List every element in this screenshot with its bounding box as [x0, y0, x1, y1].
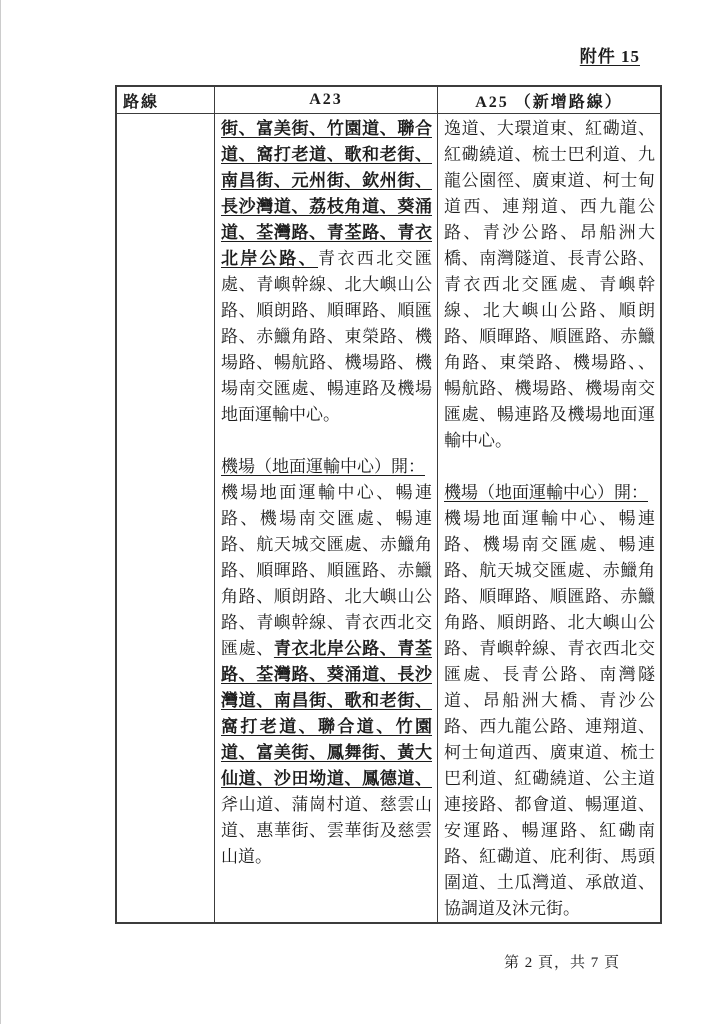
text-run: 機場地面運輸中心、暢連路、機場南交匯處、暢連路、航天城交匯處、赤鱲角路、順暉路、… [221, 483, 432, 658]
table-row: 街、富美街、竹園道、聯合道、窩打老道、歌和老街、南昌街、元州街、欽州街、長沙灣道… [116, 114, 661, 924]
page-number: 第 2 頁，共 7 頁 [504, 951, 620, 972]
document-page: 附件 15 路線 A23 A25 （新增路線） 街、富美街、竹園道、聯合道、窩打… [0, 0, 724, 1024]
text-run: 斧山道、蒲崗村道、慈雲山道、惠華街、雲華街及慈雲山道。 [221, 795, 432, 866]
route-paragraph: 逸道、大環道東、紅磡道、紅磡繞道、梳士巴利道、九龍公園徑、廣東道、柯士甸道西、連… [444, 116, 655, 454]
col-header-a23: A23 [215, 86, 438, 114]
appendix-label: 附件 15 [580, 42, 640, 67]
text-run: 逸道、大環道東、紅磡道、紅磡繞道、梳士巴利道、九龍公園徑、廣東道、柯士甸道西、連… [444, 119, 655, 450]
text-run: 機場地面運輸中心、暢連路、機場南交匯處、暢連路、航天城交匯處、赤鱲角路、順暉路、… [444, 509, 655, 918]
col-header-a25: A25 （新增路線） [438, 86, 662, 114]
route-cell-a25: 逸道、大環道東、紅磡道、紅磡繞道、梳士巴利道、九龍公園徑、廣東道、柯士甸道西、連… [438, 114, 662, 924]
col-header-route: 路線 [116, 86, 215, 114]
route-cell-empty [116, 114, 215, 924]
route-table: 路線 A23 A25 （新增路線） 街、富美街、竹園道、聯合道、窩打老道、歌和老… [115, 85, 662, 924]
text-run: 機場（地面運輸中心）開： [444, 480, 655, 506]
text-run: 機場（地面運輸中心）開： [221, 454, 432, 480]
route-table-header: 路線 A23 A25 （新增路線） [116, 86, 661, 114]
route-paragraph: 街、富美街、竹園道、聯合道、窩打老道、歌和老街、南昌街、元州街、欽州街、長沙灣道… [221, 116, 432, 428]
text-run: 街、富美街、竹園道、聯合道、窩打老道、歌和老街、南昌街、元州街、欽州街、長沙灣道… [221, 119, 432, 268]
route-cell-a23: 街、富美街、竹園道、聯合道、窩打老道、歌和老街、南昌街、元州街、欽州街、長沙灣道… [215, 114, 438, 924]
text-run: 青衣西北交匯處、青嶼幹線、北大嶼山公路、順朗路、順暉路、順匯路、赤鱲角路、東榮路… [221, 249, 432, 424]
text-run: 青衣北岸公路、青荃路、荃灣路、葵涌道、長沙灣道、南昌街、歌和老街、窩打老道、聯合… [221, 639, 432, 788]
route-paragraph: 機場（地面運輸中心）開：機場地面運輸中心、暢連路、機場南交匯處、暢連路、航天城交… [444, 480, 655, 922]
route-paragraph: 機場（地面運輸中心）開：機場地面運輸中心、暢連路、機場南交匯處、暢連路、航天城交… [221, 454, 432, 870]
